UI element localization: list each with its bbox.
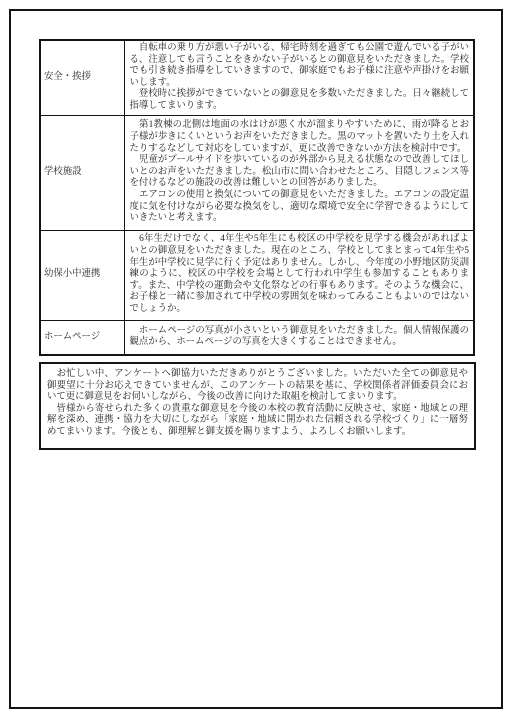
- table-row-school-cooperation: 幼保小中連携 6年生だけでなく、4年生や5年生にも校区の中学校を見学する機会があ…: [40, 230, 474, 320]
- paragraph: エアコンの使用と換気についての御意見をいただきました。エアコンの設定温度に気を付…: [130, 190, 470, 225]
- row-content-safety-greeting: 自転車の乗り方が悪い子がいる、帰宅時刻を過ぎても公園で遊んでいる子がいる、注意し…: [124, 40, 474, 115]
- row-content-school-cooperation: 6年生だけでなく、4年生や5年生にも校区の中学校を見学する機会があればよいとの御…: [124, 230, 474, 320]
- paragraph: 登校時に挨拶ができていないとの御意見を多数いただきました。日々継続して指導してま…: [130, 89, 470, 112]
- row-label-safety-greeting: 安全・挨拶: [40, 40, 124, 115]
- paragraph: 第1教棟の北側は地面の水はけが悪く水が溜まりやすいために、雨が降るとお子様が歩き…: [130, 120, 470, 155]
- row-label-school-cooperation: 幼保小中連携: [40, 230, 124, 320]
- row-content-homepage: ホームページの写真が小さいという御意見をいただきました。個人情報保護の観点から、…: [124, 320, 474, 355]
- table-row-safety-greeting: 安全・挨拶 自転車の乗り方が悪い子がいる、帰宅時刻を過ぎても公園で遊んでいる子が…: [40, 40, 474, 115]
- scanned-document: { "table": { "rows": [ { "label": "安全・挨拶…: [0, 0, 514, 720]
- row-label-homepage: ホームページ: [40, 320, 124, 355]
- closing-paragraph: お忙しい中、アンケートへ御協力いただきありがとうございました。いただいた全ての御…: [47, 369, 468, 404]
- feedback-table: 安全・挨拶 自転車の乗り方が悪い子がいる、帰宅時刻を過ぎても公園で遊んでいる子が…: [39, 39, 475, 356]
- paragraph: ホームページの写真が小さいという御意見をいただきました。個人情報保護の観点から、…: [130, 326, 470, 349]
- row-label-school-facility: 学校施設: [40, 115, 124, 230]
- paragraph: 自転車の乗り方が悪い子がいる、帰宅時刻を過ぎても公園で遊んでいる子がいる、注意し…: [130, 43, 470, 89]
- closing-paragraph: 皆様から寄せられた多くの貴重な御意見を今後の本校の教育活動に反映させ、家庭・地域…: [47, 404, 468, 439]
- closing-message-box: お忙しい中、アンケートへ御協力いただきありがとうございました。いただいた全ての御…: [39, 362, 476, 450]
- paragraph: 6年生だけでなく、4年生や5年生にも校区の中学校を見学する機会があればよいとの御…: [130, 234, 470, 315]
- row-content-school-facility: 第1教棟の北側は地面の水はけが悪く水が溜まりやすいために、雨が降るとお子様が歩き…: [124, 115, 474, 230]
- table-row-homepage: ホームページ ホームページの写真が小さいという御意見をいただきました。個人情報保…: [40, 320, 474, 355]
- paragraph: 児童がプールサイドを歩いているのが外部から見える状態なので改善してほしいとのお声…: [130, 155, 470, 190]
- table-row-school-facility: 学校施設 第1教棟の北側は地面の水はけが悪く水が溜まりやすいために、雨が降るとお…: [40, 115, 474, 230]
